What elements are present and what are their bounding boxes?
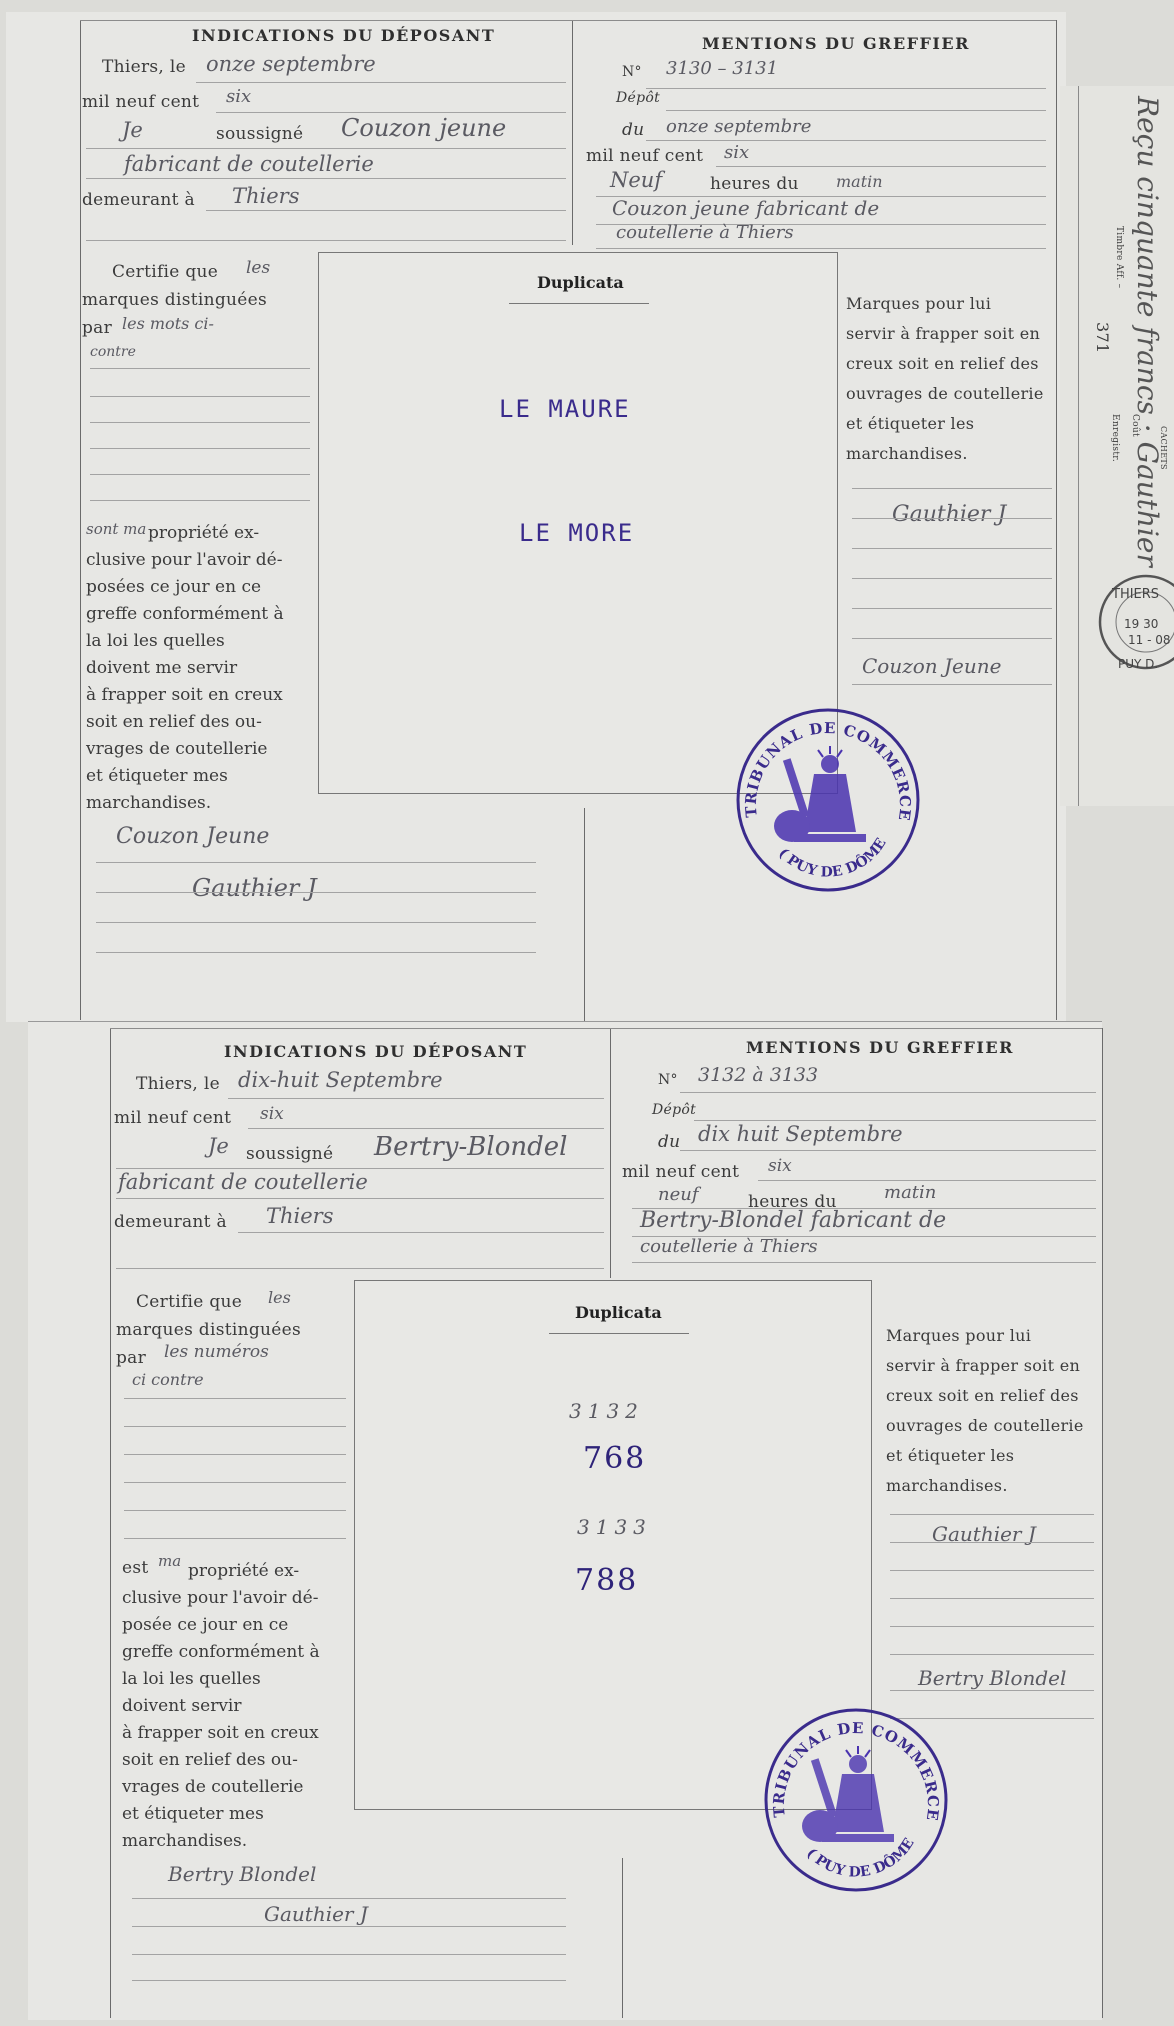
cachets-label: CACHETS <box>1159 426 1168 470</box>
rule <box>90 474 310 475</box>
rule <box>680 1092 1096 1093</box>
propriete-line: vrages de coutellerie <box>86 736 316 763</box>
marques-distinguees-label: marques distinguées <box>116 1320 301 1340</box>
rule <box>86 178 566 179</box>
tribunal-seal-icon: TRIBUNAL DE COMMERCE DE THIERS ( PUY DE … <box>758 1702 954 1898</box>
mark-le-maure: LE MAURE <box>499 395 631 423</box>
rule <box>116 1268 604 1269</box>
rule <box>228 1098 604 1099</box>
right-header: MENTIONS DU GREFFIER <box>746 1038 1014 1057</box>
rule <box>90 396 310 397</box>
rule <box>852 684 1052 685</box>
top-border <box>80 20 1056 21</box>
enregistr-label: Enregistr. <box>1110 414 1120 462</box>
propriete-line: doivent me servir <box>86 655 316 682</box>
duplicata-title: Duplicata <box>537 273 624 292</box>
propriete-line: marchandises. <box>122 1828 350 1855</box>
propriete-line: à frapper soit en creux <box>122 1720 350 1747</box>
rule <box>680 1150 1096 1151</box>
rule <box>96 952 536 953</box>
greffier-line2-handwritten: coutellerie à Thiers <box>640 1236 818 1257</box>
marques-pour-line: creux soit en relief des <box>886 1386 1079 1405</box>
right-header: MENTIONS DU GREFFIER <box>702 34 970 53</box>
rule <box>132 1898 566 1899</box>
propriete-line: marchandises. <box>86 790 316 817</box>
soussigne-label: soussigné <box>246 1144 333 1164</box>
svg-text:THIERS: THIERS <box>1111 587 1159 602</box>
rule <box>646 140 1046 141</box>
rule <box>852 488 1052 489</box>
stamped-788: 788 <box>575 1563 638 1598</box>
rule <box>116 1168 604 1169</box>
year-handwritten: six <box>260 1104 284 1124</box>
hw-number-3133: 3133 <box>577 1515 652 1539</box>
sont-ma-handwritten: sont ma <box>86 520 146 538</box>
propriete-line: clusive pour l'avoir dé- <box>122 1585 350 1612</box>
demeurant-label: demeurant à <box>114 1212 227 1232</box>
svg-text:19 30: 19 30 <box>1124 617 1158 631</box>
year-handwritten: six <box>724 142 749 163</box>
propriete-line: et étiqueter mes <box>122 1801 350 1828</box>
propriete-line: la loi les quelles <box>122 1666 350 1693</box>
thiers-le-label: Thiers, le <box>136 1074 220 1094</box>
signature-deposant-right: Couzon Jeune <box>862 654 1002 678</box>
hour-handwritten: Neuf <box>610 168 662 192</box>
hw-number-3132: 3132 <box>569 1399 644 1423</box>
top-border <box>110 1028 1102 1029</box>
top-form: INDICATIONS DU DÉPOSANT MENTIONS DU GREF… <box>6 12 1066 1022</box>
greffier-line1-handwritten: Couzon jeune fabricant de <box>612 196 879 220</box>
mil-neuf-cent-label: mil neuf cent <box>586 146 703 166</box>
rule <box>852 518 1052 519</box>
propriete-line: greffe conformément à <box>86 601 316 628</box>
contre-handwritten: contre <box>90 344 136 360</box>
date-handwritten: onze septembre <box>666 116 811 137</box>
rule <box>124 1482 346 1483</box>
signature-greffier: Gauthier J <box>264 1902 368 1926</box>
par-handwritten: les numéros <box>164 1342 269 1362</box>
propriete-line: propriété ex- <box>148 520 316 547</box>
je-handwritten: Je <box>208 1134 229 1158</box>
rule <box>890 1542 1094 1543</box>
propriete-line: greffe conformément à <box>122 1639 350 1666</box>
profession-handwritten: fabricant de coutellerie <box>118 1170 368 1194</box>
stamped-768: 768 <box>583 1441 646 1476</box>
rule <box>852 548 1052 549</box>
timbre-label: Timbre Aff. – <box>1114 226 1124 288</box>
divider-line <box>610 1028 611 1278</box>
propriete-line: soit en relief des ou- <box>122 1747 350 1774</box>
propriete-line: la loi les quelles <box>86 628 316 655</box>
city-handwritten: Thiers <box>266 1204 334 1228</box>
rule <box>632 1262 1096 1263</box>
rule <box>206 210 566 211</box>
rule <box>86 240 566 241</box>
depot-label: Dépôt <box>652 1102 696 1118</box>
border-line <box>110 1028 111 2018</box>
propriete-line: doivent servir <box>122 1693 350 1720</box>
par-label: par <box>82 318 112 338</box>
name-handwritten: Bertry-Blondel <box>374 1132 567 1162</box>
signature-deposant: Bertry Blondel <box>168 1862 316 1886</box>
left-header: INDICATIONS DU DÉPOSANT <box>224 1042 527 1061</box>
rule <box>852 578 1052 579</box>
rule <box>132 1980 566 1981</box>
du-label: du <box>622 120 644 140</box>
rule <box>86 148 566 149</box>
marques-pour-line: et étiqueter les <box>846 414 974 433</box>
marques-pour-line: marchandises. <box>846 444 968 463</box>
rule <box>196 82 566 83</box>
hour-handwritten: neuf <box>658 1184 699 1205</box>
receipt-number: 371 <box>1093 322 1112 353</box>
rule <box>90 500 310 501</box>
divider-line <box>584 808 585 1022</box>
rule <box>116 1198 604 1199</box>
soussigne-label: soussigné <box>216 124 303 144</box>
rule <box>124 1538 346 1539</box>
rule <box>124 1398 346 1399</box>
mil-neuf-cent-label: mil neuf cent <box>82 92 199 112</box>
je-handwritten: Je <box>122 118 143 142</box>
marques-pour-line: Marques pour lui <box>846 294 991 313</box>
marques-pour-line: Marques pour lui <box>886 1326 1031 1345</box>
rule <box>890 1654 1094 1655</box>
numbers-handwritten: 3132 à 3133 <box>698 1064 818 1086</box>
mil-neuf-cent-label: mil neuf cent <box>622 1162 739 1182</box>
marques-distinguees-label: marques distinguées <box>82 290 267 310</box>
period-handwritten: matin <box>836 172 883 191</box>
rule <box>890 1690 1094 1691</box>
border-line <box>1078 86 1079 806</box>
rule <box>124 1426 346 1427</box>
date-handwritten: onze septembre <box>206 52 376 76</box>
du-label: du <box>658 1132 680 1152</box>
certifie-hw: les <box>268 1288 291 1307</box>
marques-pour-line: marchandises. <box>886 1476 1008 1495</box>
signature-greffier-right: Gauthier J <box>892 502 1006 527</box>
ma-handwritten: ma <box>158 1552 181 1570</box>
rule <box>694 1120 1096 1121</box>
rule <box>852 638 1052 639</box>
rule <box>124 1454 346 1455</box>
par-handwritten: les mots ci- <box>122 314 214 333</box>
numbers-handwritten: 3130 – 3131 <box>666 58 778 79</box>
title-underline <box>509 303 649 304</box>
rule <box>716 166 1046 167</box>
rule <box>248 1128 604 1129</box>
year-handwritten: six <box>226 86 251 107</box>
profession-handwritten: fabricant de coutellerie <box>124 152 374 176</box>
propriete-line: propriété ex- <box>188 1558 348 1585</box>
title-underline <box>549 1333 689 1334</box>
marques-pour-line: creux soit en relief des <box>846 354 1039 373</box>
svg-text:PUY D.: PUY D. <box>1118 657 1158 671</box>
ci-contre-handwritten: ci contre <box>132 1370 204 1389</box>
receipt-handwritten: Reçu cinquante francs · Gauthier <box>1131 96 1164 567</box>
svg-text:11 - 08: 11 - 08 <box>1128 633 1171 647</box>
certifie-label: Certifie que <box>112 262 218 282</box>
signature-deposant: Couzon Jeune <box>116 824 269 849</box>
border-line <box>80 20 81 1020</box>
certifie-hw: les <box>246 258 270 278</box>
period-handwritten: matin <box>884 1182 936 1203</box>
name-handwritten: Couzon jeune <box>341 114 506 142</box>
rule <box>96 862 536 863</box>
left-header: INDICATIONS DU DÉPOSANT <box>192 26 495 45</box>
marques-pour-line: et étiqueter les <box>886 1446 1014 1465</box>
rule <box>96 892 536 893</box>
no-label: N° <box>622 64 642 80</box>
rule <box>890 1514 1094 1515</box>
signature-deposant-right: Bertry Blondel <box>918 1666 1066 1690</box>
mark-le-more: LE MORE <box>519 519 634 547</box>
marques-pour-line: ouvrages de coutellerie <box>846 384 1044 403</box>
thiers-le-label: Thiers, le <box>102 57 186 77</box>
mil-neuf-cent-label: mil neuf cent <box>114 1108 231 1128</box>
date-handwritten: dix huit Septembre <box>698 1122 903 1146</box>
bottom-form: INDICATIONS DU DÉPOSANT MENTIONS DU GREF… <box>28 1022 1102 2020</box>
rule <box>132 1954 566 1955</box>
greffier-line2-handwritten: coutellerie à Thiers <box>616 222 794 243</box>
propriete-line: à frapper soit en creux <box>86 682 316 709</box>
year-handwritten: six <box>768 1156 792 1176</box>
depot-label: Dépôt <box>616 90 660 106</box>
rule <box>90 448 310 449</box>
side-receipt: Reçu cinquante francs · Gauthier 371 Tim… <box>1060 86 1174 806</box>
propriete-line: clusive pour l'avoir dé- <box>86 547 316 574</box>
rule <box>666 110 1046 111</box>
no-label: N° <box>658 1072 678 1088</box>
heures-du-label: heures du <box>710 174 799 194</box>
city-handwritten: Thiers <box>232 184 300 208</box>
par-label: par <box>116 1348 146 1368</box>
rule <box>596 248 1046 249</box>
border-line <box>1102 1028 1103 2018</box>
certifie-label: Certifie que <box>136 1292 242 1312</box>
signature-greffier: Gauthier J <box>192 874 317 902</box>
rule <box>90 368 310 369</box>
marques-pour-line: ouvrages de coutellerie <box>886 1416 1084 1435</box>
rule <box>132 1926 566 1927</box>
rule <box>96 922 536 923</box>
rule <box>124 1510 346 1511</box>
divider-line <box>622 1858 623 2018</box>
propriete-line: posées ce jour en ce <box>86 574 316 601</box>
propriete-line: et étiqueter mes <box>86 763 316 790</box>
date-handwritten: dix-huit Septembre <box>238 1068 443 1092</box>
postmark-icon: THIERS 19 30 11 - 08 PUY D. <box>1088 568 1174 678</box>
divider-line <box>572 20 573 245</box>
rule <box>216 112 566 113</box>
rule <box>890 1626 1094 1627</box>
marques-pour-line: servir à frapper soit en <box>886 1356 1080 1375</box>
est-label: est <box>122 1558 149 1578</box>
duplicata-title: Duplicata <box>575 1303 662 1322</box>
cout-label: Coût <box>1130 414 1140 437</box>
propriete-line: soit en relief des ou- <box>86 709 316 736</box>
rule <box>238 1232 604 1233</box>
rule <box>852 608 1052 609</box>
marques-pour-line: servir à frapper soit en <box>846 324 1040 343</box>
tribunal-seal-icon: TRIBUNAL DE COMMERCE DE THIERS ( PUY DE … <box>730 702 926 898</box>
propriete-line: posée ce jour en ce <box>122 1612 350 1639</box>
demeurant-label: demeurant à <box>82 190 195 210</box>
greffier-line1-handwritten: Bertry-Blondel fabricant de <box>640 1208 946 1233</box>
border-line <box>1056 20 1057 1020</box>
propriete-line: vrages de coutellerie <box>122 1774 350 1801</box>
rule <box>646 88 1046 89</box>
rule <box>758 1180 1096 1181</box>
rule <box>90 422 310 423</box>
rule <box>890 1598 1094 1599</box>
rule <box>890 1570 1094 1571</box>
